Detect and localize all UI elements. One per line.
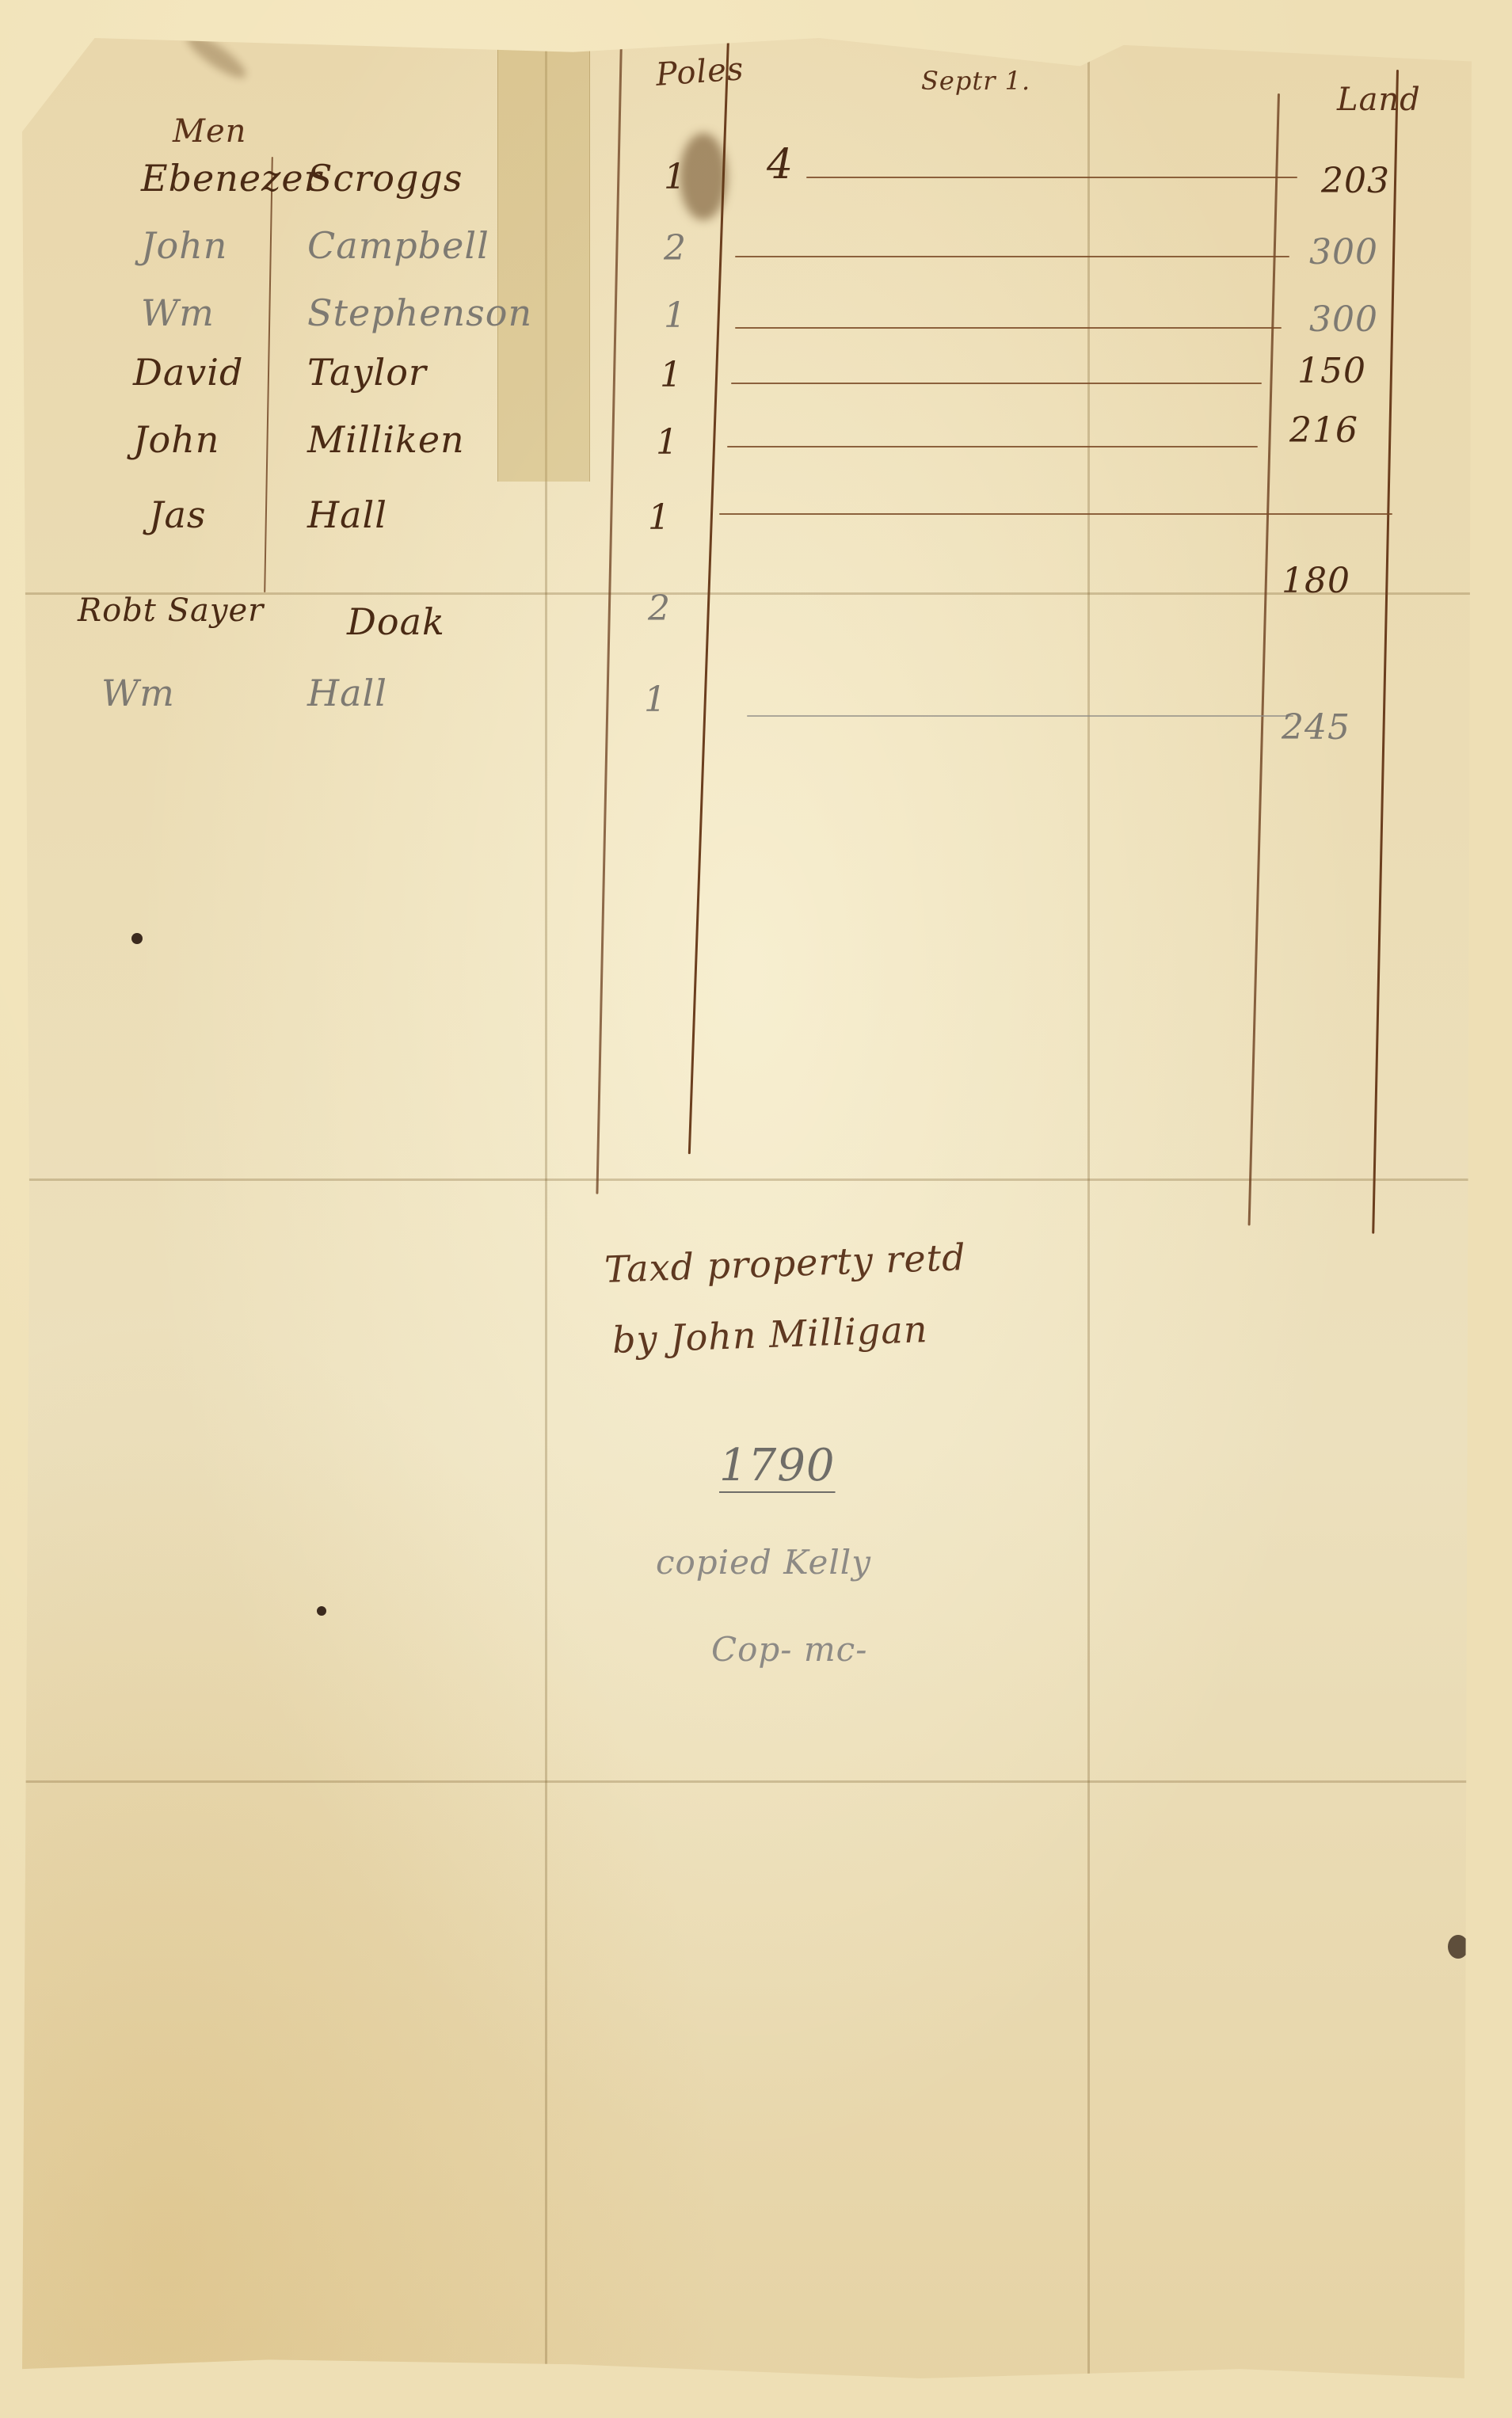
row-4-last-name: Taylor (307, 351, 427, 394)
row-6-last-name: Hall (307, 493, 387, 536)
row-5-last-name: Milliken (307, 418, 465, 461)
row-8-land: 245 (1282, 707, 1350, 748)
row-7-poles: 2 (648, 588, 671, 629)
speck (131, 933, 143, 944)
row-7-first-name: Robt Sayer (78, 592, 264, 629)
row-6-poles: 1 (648, 497, 671, 538)
row-rule (731, 383, 1262, 384)
header-names: Men (173, 113, 246, 150)
fold-line (22, 1780, 1472, 1783)
pencil-note-copied: copied Kelly (656, 1543, 871, 1582)
endorsement-line-2: by John Milligan (611, 1308, 928, 1361)
row-1-last-name: Scroggs (307, 157, 463, 200)
row-8-last-name: Hall (307, 672, 387, 714)
name-separator-rule (264, 157, 273, 592)
row-2-land: 300 (1309, 232, 1378, 272)
column-rule (1248, 93, 1280, 1226)
pencil-note-cop: Cop- mc- (711, 1630, 867, 1669)
column-rule (596, 38, 623, 1194)
row-8-poles: 1 (644, 680, 667, 720)
endorsement-year: 1790 (719, 1440, 836, 1491)
repair-tape (497, 38, 590, 482)
row-3-last-name: Stephenson (307, 291, 532, 334)
row-2-first-name: John (141, 224, 227, 267)
header-land: Land (1337, 82, 1421, 118)
row-6-land: 180 (1282, 561, 1350, 601)
ink-stain (680, 133, 727, 220)
row-1-first-name: Ebenezer (141, 157, 322, 200)
row-1-land: 203 (1321, 161, 1390, 201)
row-5-land: 216 (1289, 410, 1358, 451)
speck (317, 1606, 326, 1616)
row-4-land: 150 (1297, 351, 1366, 391)
row-rule (735, 327, 1282, 329)
row-8-first-name: Wm (101, 672, 175, 714)
endorsement-line-1: Taxd property retd (604, 1236, 966, 1291)
row-4-first-name: David (133, 351, 243, 394)
row-3-land: 300 (1309, 299, 1378, 340)
header-poles: Poles (655, 51, 745, 93)
row-rule-pencil (747, 715, 1293, 717)
row-3-first-name: Wm (141, 291, 215, 334)
row-3-poles: 1 (664, 295, 687, 336)
row-rule (806, 177, 1297, 178)
row-4-poles: 1 (660, 355, 683, 395)
row-5-first-name: John (133, 418, 219, 461)
row-5-poles: 1 (656, 422, 679, 463)
document-sheet: Men Poles Septr 1. Land Ebenezer Scroggs… (22, 38, 1472, 2378)
fold-line (22, 1179, 1472, 1181)
fold-line (1087, 38, 1090, 2378)
row-2-poles: 2 (664, 228, 687, 268)
row-2-last-name: Campbell (307, 224, 489, 267)
row-rule (727, 446, 1258, 447)
header-sept: Septr 1. (921, 66, 1030, 96)
row-6-first-name: Jas (149, 493, 206, 536)
speck (1448, 1935, 1468, 1959)
row-rule (719, 513, 1392, 515)
row-rule (735, 256, 1289, 257)
row-1-sept: 4 (767, 141, 794, 188)
row-7-last-name: Doak (347, 600, 445, 643)
row-1-poles: 1 (664, 157, 687, 197)
